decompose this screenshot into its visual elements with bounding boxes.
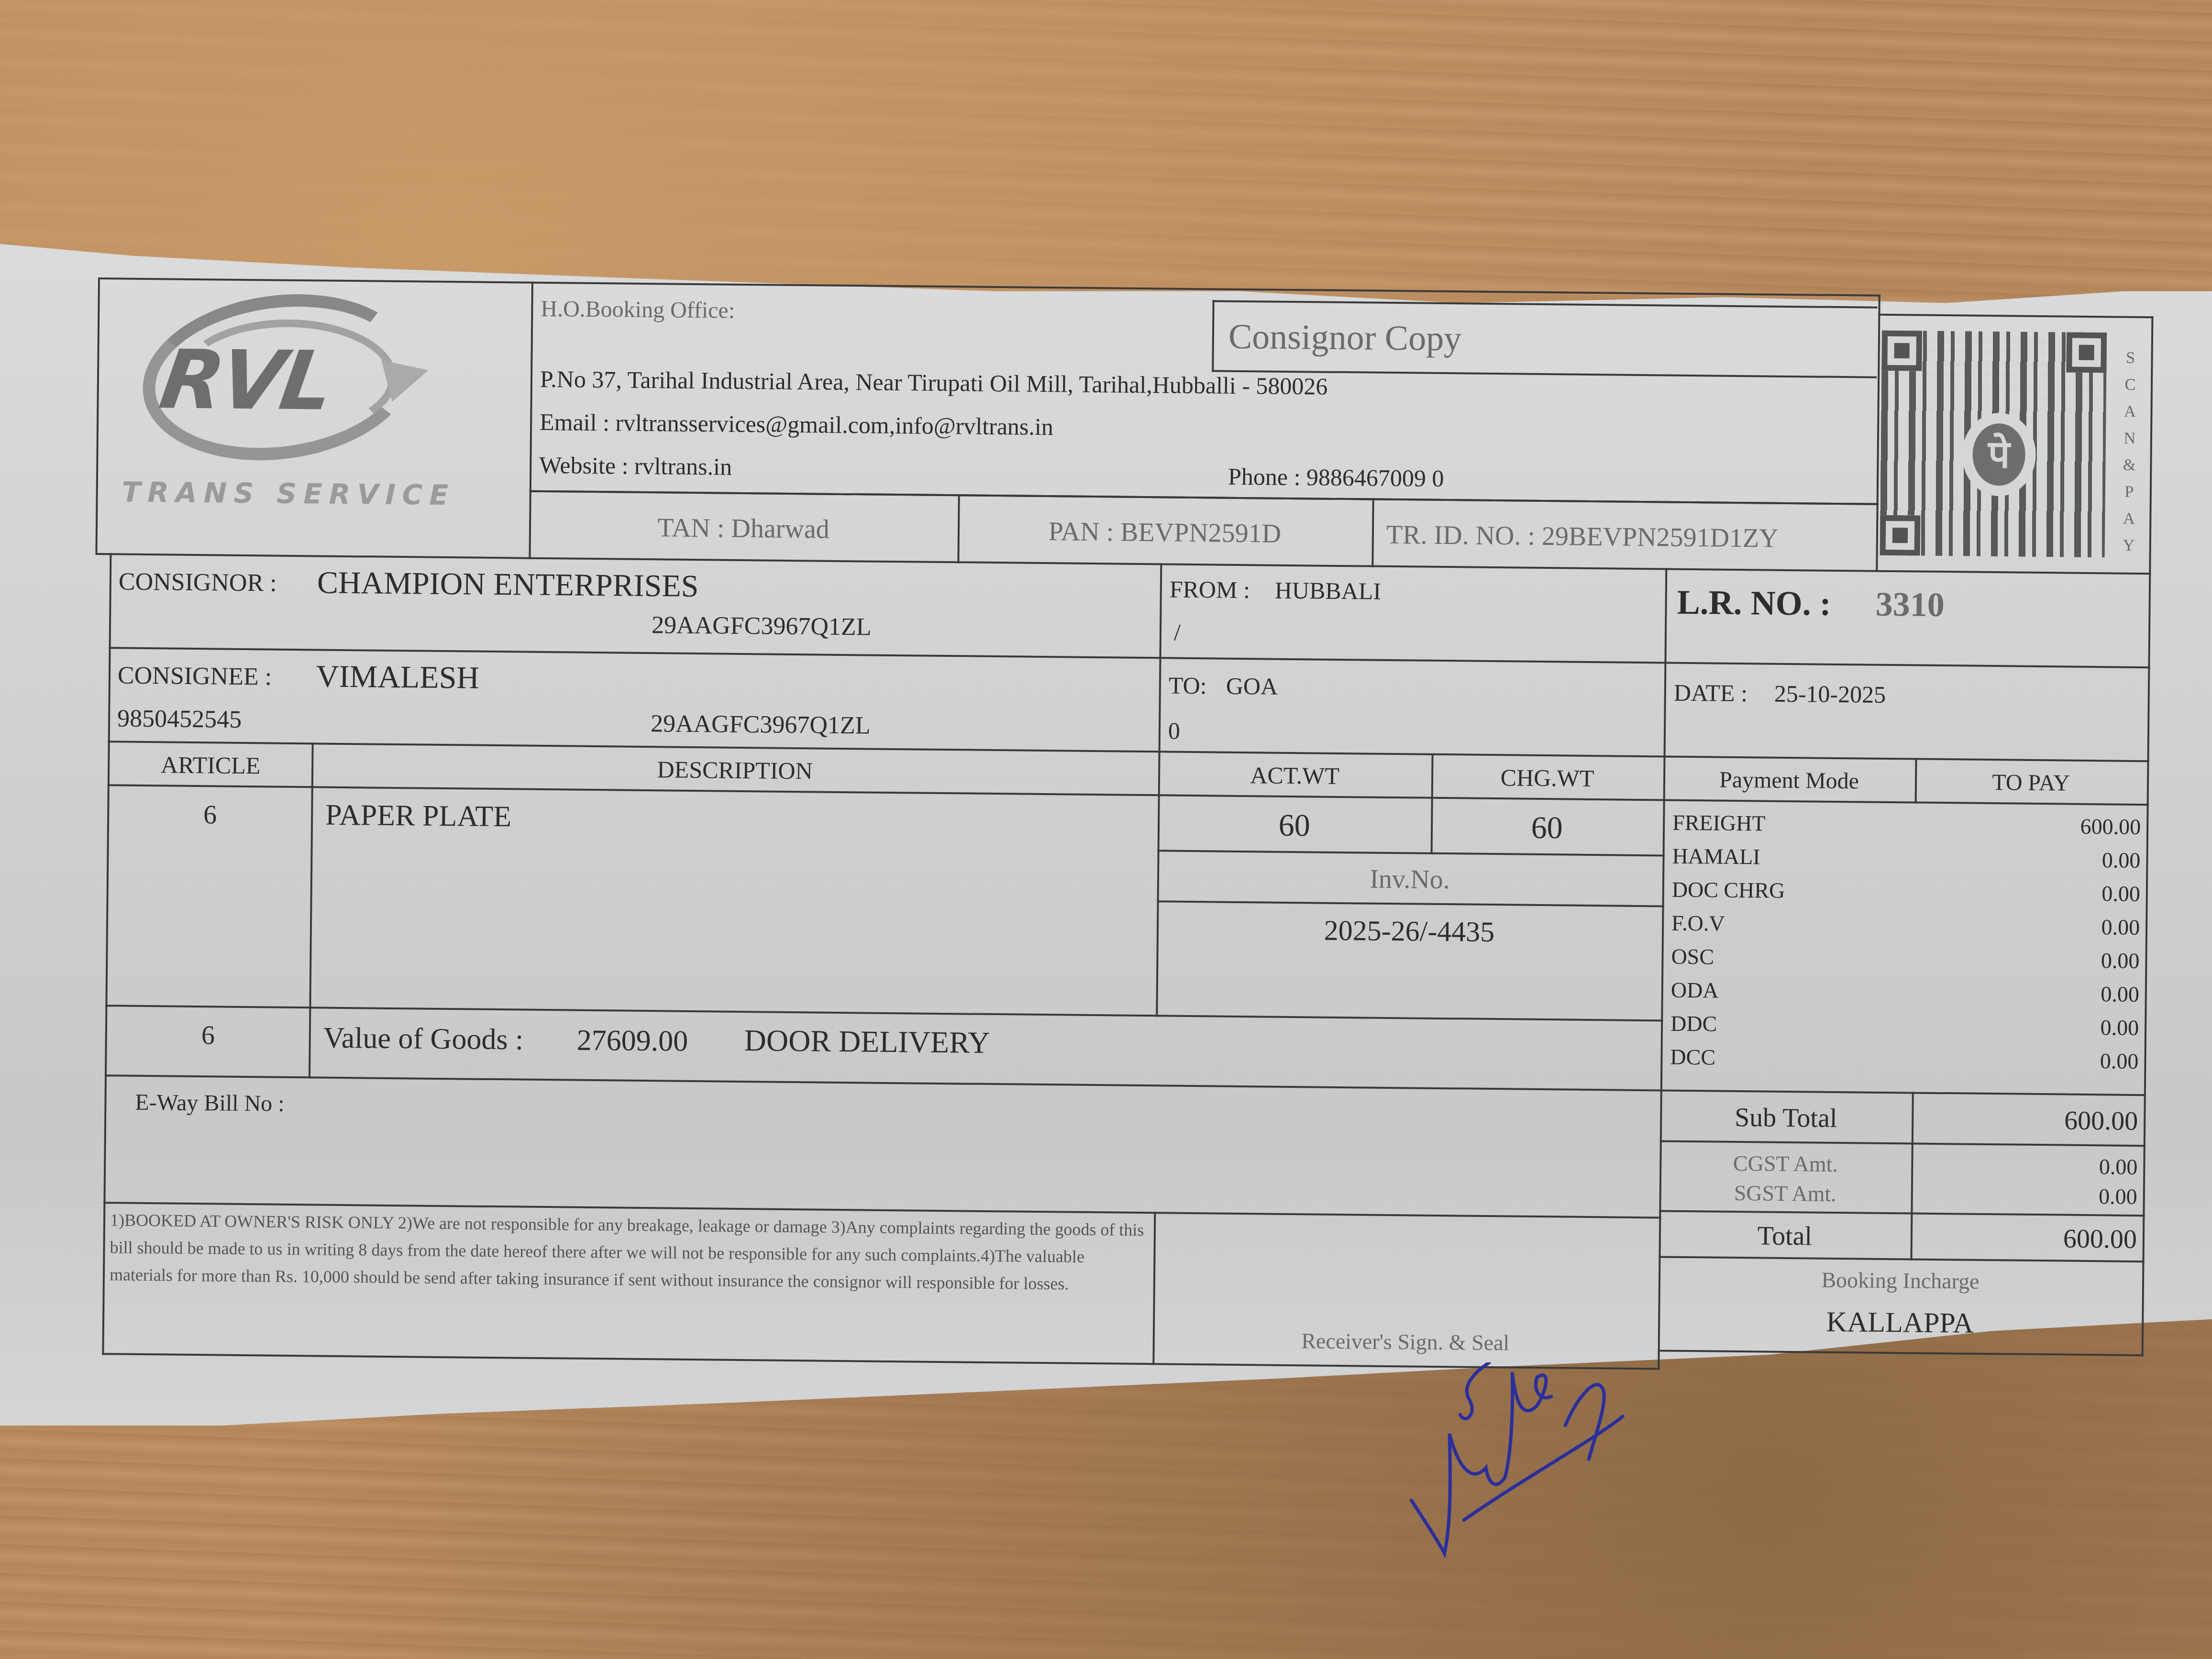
sgst-value: 0.00 <box>2099 1183 2137 1209</box>
charge-amount: 0.00 <box>2102 847 2141 873</box>
from-extra: / <box>1174 619 1181 646</box>
subtotal-cell: 600.00 <box>1912 1092 2146 1147</box>
consignee-label: CONSIGNEE : <box>118 661 272 691</box>
subtotal-value: 600.00 <box>2064 1106 2138 1137</box>
tan-cell: TAN : Dharwad <box>529 490 960 564</box>
tr-id-value: TR. ID. NO. : 29BEVPN2591D1ZY <box>1386 520 1779 554</box>
company-logo: RVL <box>154 332 337 429</box>
charge-amount: 0.00 <box>2101 914 2140 940</box>
charge-row: DOC CHRG0.00 <box>1672 877 2141 910</box>
consignee-name: VIMALESH <box>316 658 480 696</box>
charge-row: FREIGHT600.00 <box>1672 810 2141 843</box>
booking-incharge-name: KALLAPPA <box>1658 1304 2142 1341</box>
from-label: FROM : <box>1170 575 1250 604</box>
eway-bill-label: E-Way Bill No : <box>135 1089 285 1117</box>
copy-type-label: Consignor Copy <box>1228 317 1462 360</box>
lorry-receipt: RVL TRANS SERVICE H.O.Booking Office: P.… <box>88 277 2155 1388</box>
act-wt-header: ACT.WT <box>1158 751 1434 799</box>
act-wt-cell: 60 <box>1158 794 1433 854</box>
qr-finder-icon <box>1881 331 1922 371</box>
logo-cell: RVL TRANS SERVICE <box>95 277 533 559</box>
total-articles: 6 <box>107 1019 310 1051</box>
value-of-goods: 27609.00 <box>576 1024 688 1059</box>
to-cell: TO: GOA 0 <box>1159 657 1667 757</box>
charge-row: DDC0.00 <box>1670 1011 2139 1044</box>
pan-value: PAN : BEVPN2591D <box>958 515 1372 550</box>
terms-text: 1)BOOKED AT OWNER'S RISK ONLY 2)We are n… <box>110 1206 1145 1298</box>
charge-label: F.O.V <box>1671 910 1725 936</box>
act-wt-header-label: ACT.WT <box>1158 760 1432 790</box>
phonepe-icon: पे <box>1962 412 2036 496</box>
cgst-value: 0.00 <box>2099 1154 2138 1180</box>
chg-wt-value: 60 <box>1431 809 1663 848</box>
booking-incharge-label: Booking Incharge <box>1659 1265 2142 1295</box>
charges-cell: FREIGHT600.00HAMALI0.00DOC CHRG0.00F.O.V… <box>1660 799 2149 1096</box>
total-cell: 600.00 <box>1910 1212 2145 1262</box>
office-email: Email : rvltransservices@gmail.com,info@… <box>540 408 1053 441</box>
invoice-label-cell: Inv.No. <box>1157 850 1665 907</box>
act-wt-value: 60 <box>1158 806 1431 845</box>
sgst-label: SGST Amt. <box>1659 1179 1911 1207</box>
chg-wt-cell: 60 <box>1431 797 1665 857</box>
terms-cell: 1)BOOKED AT OWNER'S RISK ONLY 2)We are n… <box>102 1202 1156 1365</box>
office-phone: Phone : 9886467009 0 <box>1228 463 1444 492</box>
to-extra: 0 <box>1168 717 1181 745</box>
total-value: 600.00 <box>2063 1224 2137 1255</box>
consignor-name: CHAMPION ENTERPRISES <box>317 564 699 605</box>
company-logo-subtitle: TRANS SERVICE <box>122 476 455 511</box>
office-address: P.No 37, Tarihal Industrial Area, Near T… <box>540 365 1328 400</box>
invoice-number: 2025-26/-4435 <box>1157 912 1662 950</box>
payment-qr-code[interactable]: पे <box>1880 331 2107 557</box>
charge-label: DCC <box>1670 1044 1715 1070</box>
office-website: Website : rvltrans.in <box>539 451 732 481</box>
subtotal-label: Sub Total <box>1660 1101 1912 1134</box>
total-articles-cell: 6 <box>105 1005 311 1078</box>
description-header-label: DESCRIPTION <box>311 752 1158 788</box>
charge-label: HAMALI <box>1672 843 1760 870</box>
description-cell: PAPER PLATE <box>309 786 1160 1017</box>
qr-finder-icon <box>2066 332 2107 373</box>
receiver-signature <box>1392 1361 1704 1565</box>
delivery-type: DOOR DELIVERY <box>744 1023 990 1061</box>
charge-label: OSC <box>1671 944 1714 970</box>
tr-id-cell: TR. ID. NO. : 29BEVPN2591D1ZY <box>1371 498 1878 572</box>
to-label: TO: <box>1169 672 1207 700</box>
charge-row: ODA0.00 <box>1671 977 2140 1010</box>
receiver-sign-cell: Receiver's Sign. & Seal <box>1152 1212 1661 1370</box>
tax-label-cell: CGST Amt. SGST Amt. <box>1659 1140 1913 1214</box>
charge-row: HAMALI0.00 <box>1672 843 2141 876</box>
payment-mode-label: Payment Mode <box>1663 766 1915 795</box>
tan-value: TAN : Dharwad <box>529 511 958 546</box>
consignee-gstin: 29AAGFC3967Q1ZL <box>651 709 871 740</box>
consignor-gstin: 29AAGFC3967Q1ZL <box>652 611 872 641</box>
charge-amount: 0.00 <box>2100 1048 2139 1074</box>
charge-label: DDC <box>1670 1011 1717 1037</box>
booking-incharge-cell: Booking Incharge KALLAPPA <box>1658 1256 2145 1356</box>
cgst-label: CGST Amt. <box>1659 1150 1911 1177</box>
consignee-phone: 9850452545 <box>117 704 242 733</box>
date-value: 25-10-2025 <box>1774 680 1886 708</box>
charge-amount: 0.00 <box>2100 1015 2139 1040</box>
lr-number-cell: L.R. NO. : 3310 <box>1664 568 2151 668</box>
date-label: DATE : <box>1674 679 1748 707</box>
payment-mode-value: TO PAY <box>1915 769 2147 797</box>
charge-amount: 0.00 <box>2101 948 2140 973</box>
payment-mode-label-cell: Payment Mode <box>1663 755 1917 803</box>
to-city: GOA <box>1226 672 1278 700</box>
total-label-cell: Total <box>1659 1210 1913 1260</box>
article-cell: 6 <box>105 784 313 1008</box>
scan-and-pay-label: SCAN & PAY <box>2119 345 2140 559</box>
charge-label: FREIGHT <box>1672 810 1766 836</box>
article-count: 6 <box>109 798 311 831</box>
copy-type-box: Consignor Copy <box>1212 300 1877 378</box>
consignee-cell: CONSIGNEE : VIMALESH 9850452545 29AAGFC3… <box>108 647 1161 752</box>
value-of-goods-label: Value of Goods : <box>323 1021 523 1057</box>
charge-amount: 0.00 <box>2101 881 2140 907</box>
article-header: ARTICLE <box>108 741 314 788</box>
lr-number-value: 3310 <box>1875 585 1945 625</box>
pan-cell: PAN : BEVPN2591D <box>957 494 1374 567</box>
invoice-label: Inv.No. <box>1157 862 1663 897</box>
receiver-sign-label: Receiver's Sign. & Seal <box>1153 1327 1658 1357</box>
charge-row: F.O.V0.00 <box>1671 910 2140 943</box>
chg-wt-header-label: CHG.WT <box>1431 763 1664 793</box>
from-cell: FROM : HUBBALI / <box>1159 563 1667 664</box>
total-label: Total <box>1659 1219 1911 1252</box>
charge-row: OSC0.00 <box>1671 944 2140 977</box>
article-header-label: ARTICLE <box>110 750 312 780</box>
eway-bill-cell: E-Way Bill No : <box>103 1074 1662 1218</box>
charge-amount: 600.00 <box>2080 814 2141 840</box>
chg-wt-header: CHG.WT <box>1431 753 1666 801</box>
consignor-label: CONSIGNOR : <box>119 567 277 597</box>
lr-number-label: L.R. NO. : <box>1677 583 1831 624</box>
consignor-cell: CONSIGNOR : CHAMPION ENTERPRISES 29AAGFC… <box>109 553 1162 659</box>
charge-label: DOC CHRG <box>1672 877 1785 903</box>
invoice-number-cell: 2025-26/-4435 <box>1156 900 1664 1021</box>
charge-label: ODA <box>1671 977 1719 1003</box>
qr-finder-icon <box>1880 515 1921 556</box>
charge-row: DCC0.00 <box>1670 1044 2139 1077</box>
payment-mode-cell: TO PAY <box>1915 758 2149 806</box>
office-label: H.O.Booking Office: <box>541 296 735 324</box>
tax-value-cell: 0.00 0.00 <box>1911 1142 2145 1217</box>
goods-description: PAPER PLATE <box>325 798 511 834</box>
charge-amount: 0.00 <box>2101 981 2139 1007</box>
from-city: HUBBALI <box>1275 576 1382 605</box>
subtotal-label-cell: Sub Total <box>1660 1089 1914 1144</box>
date-cell: DATE : 25-10-2025 <box>1664 662 2150 762</box>
